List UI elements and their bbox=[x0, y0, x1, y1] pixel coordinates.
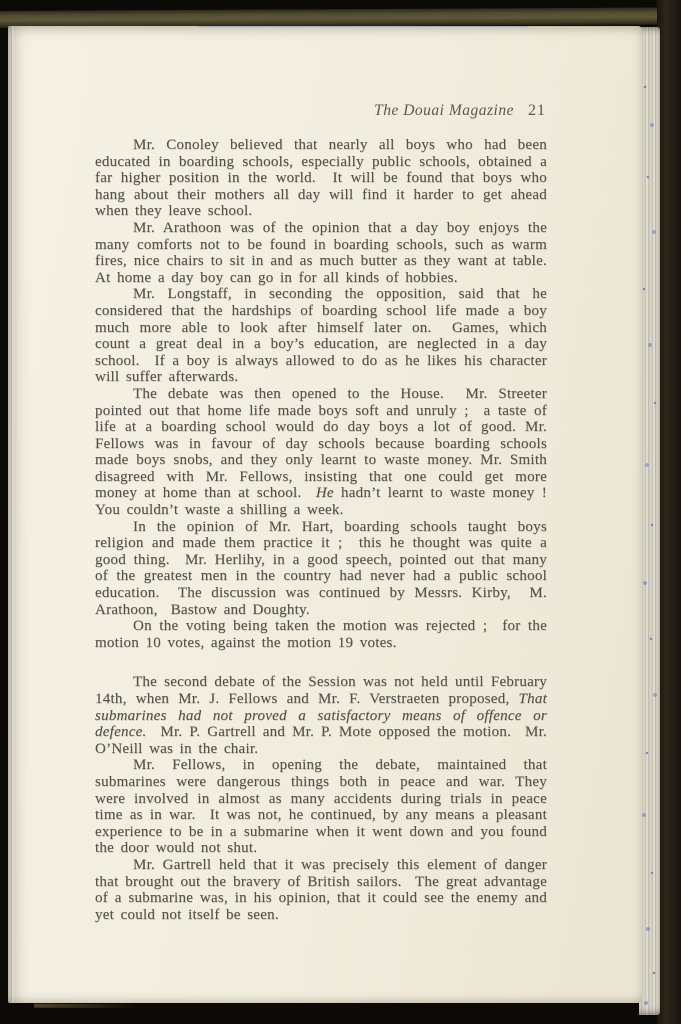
paragraph: On the voting being taken the motion was… bbox=[95, 618, 547, 651]
running-header: The Douai Magazine21 bbox=[374, 102, 546, 120]
paragraph: Mr. Longstaff, in seconding the oppositi… bbox=[95, 286, 547, 386]
page-body: Mr. Conoley believed that nearly all boy… bbox=[95, 137, 547, 923]
paragraph: Mr. Conoley believed that nearly all boy… bbox=[95, 137, 547, 220]
paragraph: The debate was then opened to the House.… bbox=[95, 386, 547, 519]
text-segment: Mr. Conoley believed that nearly all boy… bbox=[95, 137, 554, 219]
journal-title: The Douai Magazine bbox=[374, 102, 514, 119]
italic-text-segment: He bbox=[316, 485, 334, 501]
text-segment: In the opinion of Mr. Hart, boarding sch… bbox=[95, 519, 554, 618]
scanned-book-photo: The Douai Magazine21 Mr. Conoley believe… bbox=[0, 0, 681, 1024]
book-cover-right-edge bbox=[657, 0, 681, 1024]
paragraph: In the opinion of Mr. Hart, boarding sch… bbox=[95, 519, 547, 619]
text-segment: Mr. Fellows, in opening the debate, main… bbox=[95, 757, 554, 856]
text-segment: Mr. Gartrell held that it was precisely … bbox=[95, 857, 554, 923]
paragraph: Mr. Arathoon was of the opinion that a d… bbox=[95, 220, 547, 286]
book-fore-edge-marbled-pages bbox=[639, 27, 660, 1015]
text-segment: The debate was then opened to the House.… bbox=[95, 386, 554, 502]
paragraph: Mr. Gartrell held that it was precisely … bbox=[95, 857, 547, 923]
text-segment: The second debate of the Session was not… bbox=[95, 674, 554, 707]
book-cover-bottom-edge bbox=[34, 1004, 139, 1009]
book-cover-top-edge bbox=[0, 8, 668, 28]
text-segment: On the voting being taken the motion was… bbox=[95, 618, 554, 651]
magazine-page: The Douai Magazine21 Mr. Conoley believe… bbox=[8, 26, 642, 1003]
paragraph: The second debate of the Session was not… bbox=[95, 674, 547, 757]
text-segment: Mr. Longstaff, in seconding the oppositi… bbox=[95, 286, 554, 385]
page-number: 21 bbox=[528, 102, 546, 119]
text-segment: Mr. Arathoon was of the opinion that a d… bbox=[95, 220, 560, 286]
text-segment: Mr. P. Gartrell and Mr. P. Mote opposed … bbox=[95, 724, 554, 757]
paragraph: Mr. Fellows, in opening the debate, main… bbox=[95, 757, 547, 857]
